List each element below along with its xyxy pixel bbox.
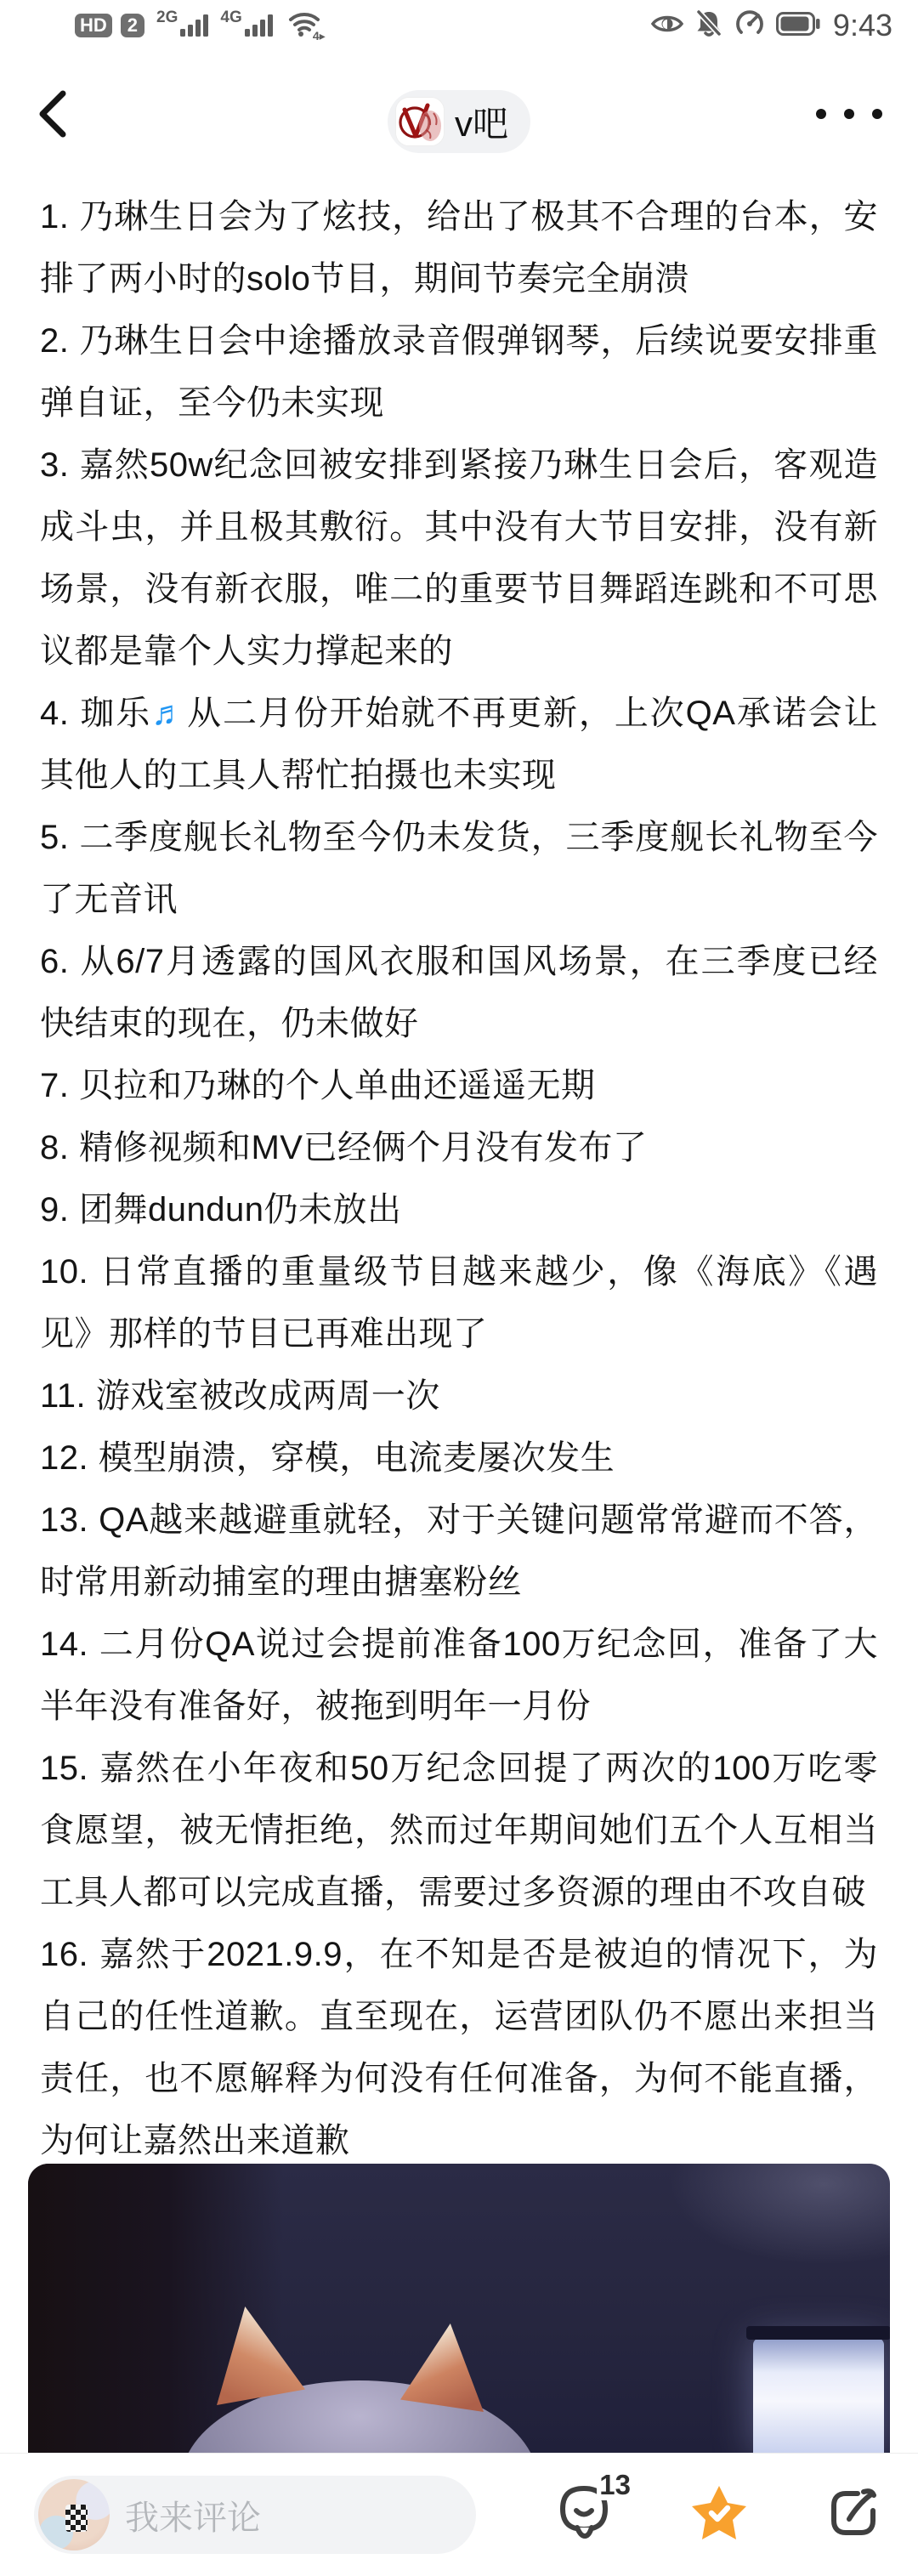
post-item: 1. 乃琳生日会为了炫技，给出了极其不合理的台本，安排了两小时的solo节目，期… [40,186,878,310]
status-right-group: 9:43 [651,8,892,43]
signal-bars-icon [180,14,208,37]
share-button[interactable] [827,2487,880,2544]
post-item: 13. QA越来越避重就轻，对于关键问题常常避而不答，时常用新动捕室的理由搪塞粉… [40,1489,878,1614]
image-bright-window [753,2338,884,2454]
post-item: 3. 嘉然50w纪念回被安排到紧接乃琳生日会后，客观造成斗虫，并且极其敷衍。其中… [40,434,878,683]
post-item: 5. 二季度舰长礼物至今仍未发货，三季度舰长礼物至今了无音讯 [40,807,878,931]
post-item: 6. 从6/7月透露的国风衣服和国风场景，在三季度已经快结束的现在，仍未做好 [40,931,878,1055]
post-item: 10. 日常直播的重量级节目越来越少，像《海底》《遇见》那样的节目已再难出现了 [40,1241,878,1365]
post-item: 15. 嘉然在小年夜和50万纪念回提了两次的100万吃零食愿望，被无情拒绝，然而… [40,1738,878,1924]
compose-icon [827,2487,880,2539]
post-item: 9. 团舞dundun仍未放出 [40,1179,878,1241]
post-content: 1. 乃琳生日会为了炫技，给出了极其不合理的台本，安排了两小时的solo节目，期… [40,186,878,2172]
post-item: 14. 二月份QA说过会提前准备100万纪念回，准备了大半年没有准备好，被拖到明… [40,1614,878,1738]
action-icons: 13 [557,2483,880,2547]
chevron-left-icon [32,87,75,141]
comments-button[interactable]: 13 [557,2483,611,2547]
image-haze [669,2164,890,2266]
signal-4g: 4G [220,14,272,37]
star-checked-icon [689,2484,749,2542]
post-item: 16. 嘉然于2021.9.9，在不知是否是被迫的情况下，为自己的任性道歉。直至… [40,1924,878,2172]
post-item: 8. 精修视频和MV已经俩个月没有发布了 [40,1117,878,1179]
comment-placeholder: 我来评论 [125,2491,261,2539]
wifi-badge: 4▸ [313,29,326,43]
user-avatar [38,2479,110,2550]
ellipsis-icon [816,109,826,119]
post-item: 2. 乃琳生日会中途播放录音假弹钢琴，后续说要安排重弹自证，至今仍未实现 [40,310,878,434]
favorite-button[interactable] [689,2484,749,2546]
back-button[interactable] [32,87,75,141]
signal-2g: 2G [156,14,208,37]
battery-icon [776,12,820,40]
wifi-icon: 4▸ [288,11,320,41]
comment-count-badge: 13 [597,2470,633,2500]
post-item: 4. 珈乐♬从二月份开始就不再更新，上次QA承诺会让其他人的工具人帮忙拍摄也未实… [40,683,878,807]
forum-avatar [395,97,445,146]
music-notes-emoji: ♬ [151,695,187,732]
post-item: 7. 贝拉和乃琳的个人单曲还遥遥无期 [40,1055,878,1117]
hd-badge: HD [75,14,112,37]
status-left-group: HD 2 2G 4G 4▸ [75,11,320,41]
signal-bars-icon [245,14,273,37]
title-bar: v吧 [0,48,918,179]
post-item: 11. 游戏室被改成两周一次 [40,1365,878,1427]
bottom-action-bar: 我来评论 13 [0,2453,918,2576]
character-ear-right [400,2324,484,2412]
comment-input[interactable]: 我来评论 [34,2476,476,2554]
post-item: 12. 模型崩溃，穿模，电流麦屡次发生 [40,1427,878,1489]
eye-protection-icon [651,11,683,41]
speedometer-icon [734,9,765,43]
status-bar: HD 2 2G 4G 4▸ [0,0,918,48]
forum-title: v吧 [455,96,508,147]
sim2-badge: 2 [121,14,144,37]
forum-pill[interactable]: v吧 [388,90,530,153]
more-menu-button[interactable] [816,109,882,119]
clock-time: 9:43 [833,8,892,43]
post-image[interactable] [28,2164,890,2454]
bell-muted-icon [694,9,723,43]
